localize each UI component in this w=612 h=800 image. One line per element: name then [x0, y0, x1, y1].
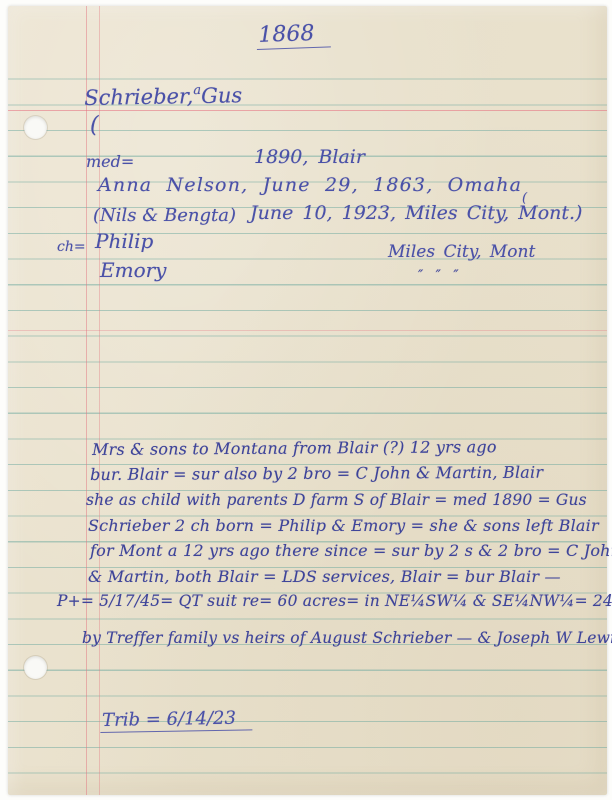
- note-line: for Mont a 12 yrs ago there since = sur …: [90, 541, 612, 560]
- open-paren: (: [90, 113, 99, 138]
- header-red-rule: [8, 110, 607, 111]
- subject-heading: Schrieber,aGus: [84, 82, 242, 110]
- note-line: Mrs & sons to Montana from Blair (?) 12 …: [92, 437, 497, 459]
- child-emory: Emory: [100, 258, 166, 282]
- note-line: & Martin, both Blair = LDS services, Bla…: [88, 567, 561, 586]
- married-value: 1890, Blair: [254, 146, 365, 168]
- children-label: ch=: [57, 239, 86, 255]
- legal-note-line: by Treffer family vs heirs of August Sch…: [82, 629, 612, 647]
- note-line: she as child with parents D farm S of Bl…: [86, 491, 587, 509]
- child-philip: Philip: [95, 229, 153, 253]
- death-line: June 10, 1923, Miles City, Mont.): [250, 202, 582, 224]
- subject-surname: Schrieber,: [84, 84, 194, 110]
- legal-note-line: P+= 5/17/45= QT suit re= 60 acres= in NE…: [57, 592, 612, 610]
- ditto-marks: ″ ″ ″: [418, 268, 463, 284]
- year-title: 1868: [256, 20, 331, 50]
- note-line: Schrieber 2 ch born = Philip & Emory = s…: [88, 516, 599, 535]
- death-superscript-paren: (: [522, 191, 527, 206]
- notebook-paper: 1868 Schrieber,aGus ( med= 1890, Blair A…: [8, 6, 607, 795]
- note-line: bur. Blair = sur also by 2 bro = C John …: [90, 463, 543, 484]
- spouse-parents: (Nils & Bengta): [93, 205, 236, 226]
- scanned-page: 1868 Schrieber,aGus ( med= 1890, Blair A…: [0, 0, 612, 800]
- residence-line: Miles City, Mont: [388, 242, 535, 262]
- hole-punch-top: [24, 116, 47, 139]
- hole-punch-bottom: [24, 656, 47, 679]
- source-citation: Trib = 6/14/23: [100, 707, 252, 733]
- left-margin-line-2: [99, 6, 100, 795]
- mid-red-rule: [8, 330, 607, 331]
- left-margin-line: [86, 6, 87, 795]
- subject-given-name: Gus: [201, 83, 242, 108]
- spouse-line: Anna Nelson, June 29, 1863, Omaha: [98, 174, 522, 196]
- married-label: med=: [86, 152, 134, 171]
